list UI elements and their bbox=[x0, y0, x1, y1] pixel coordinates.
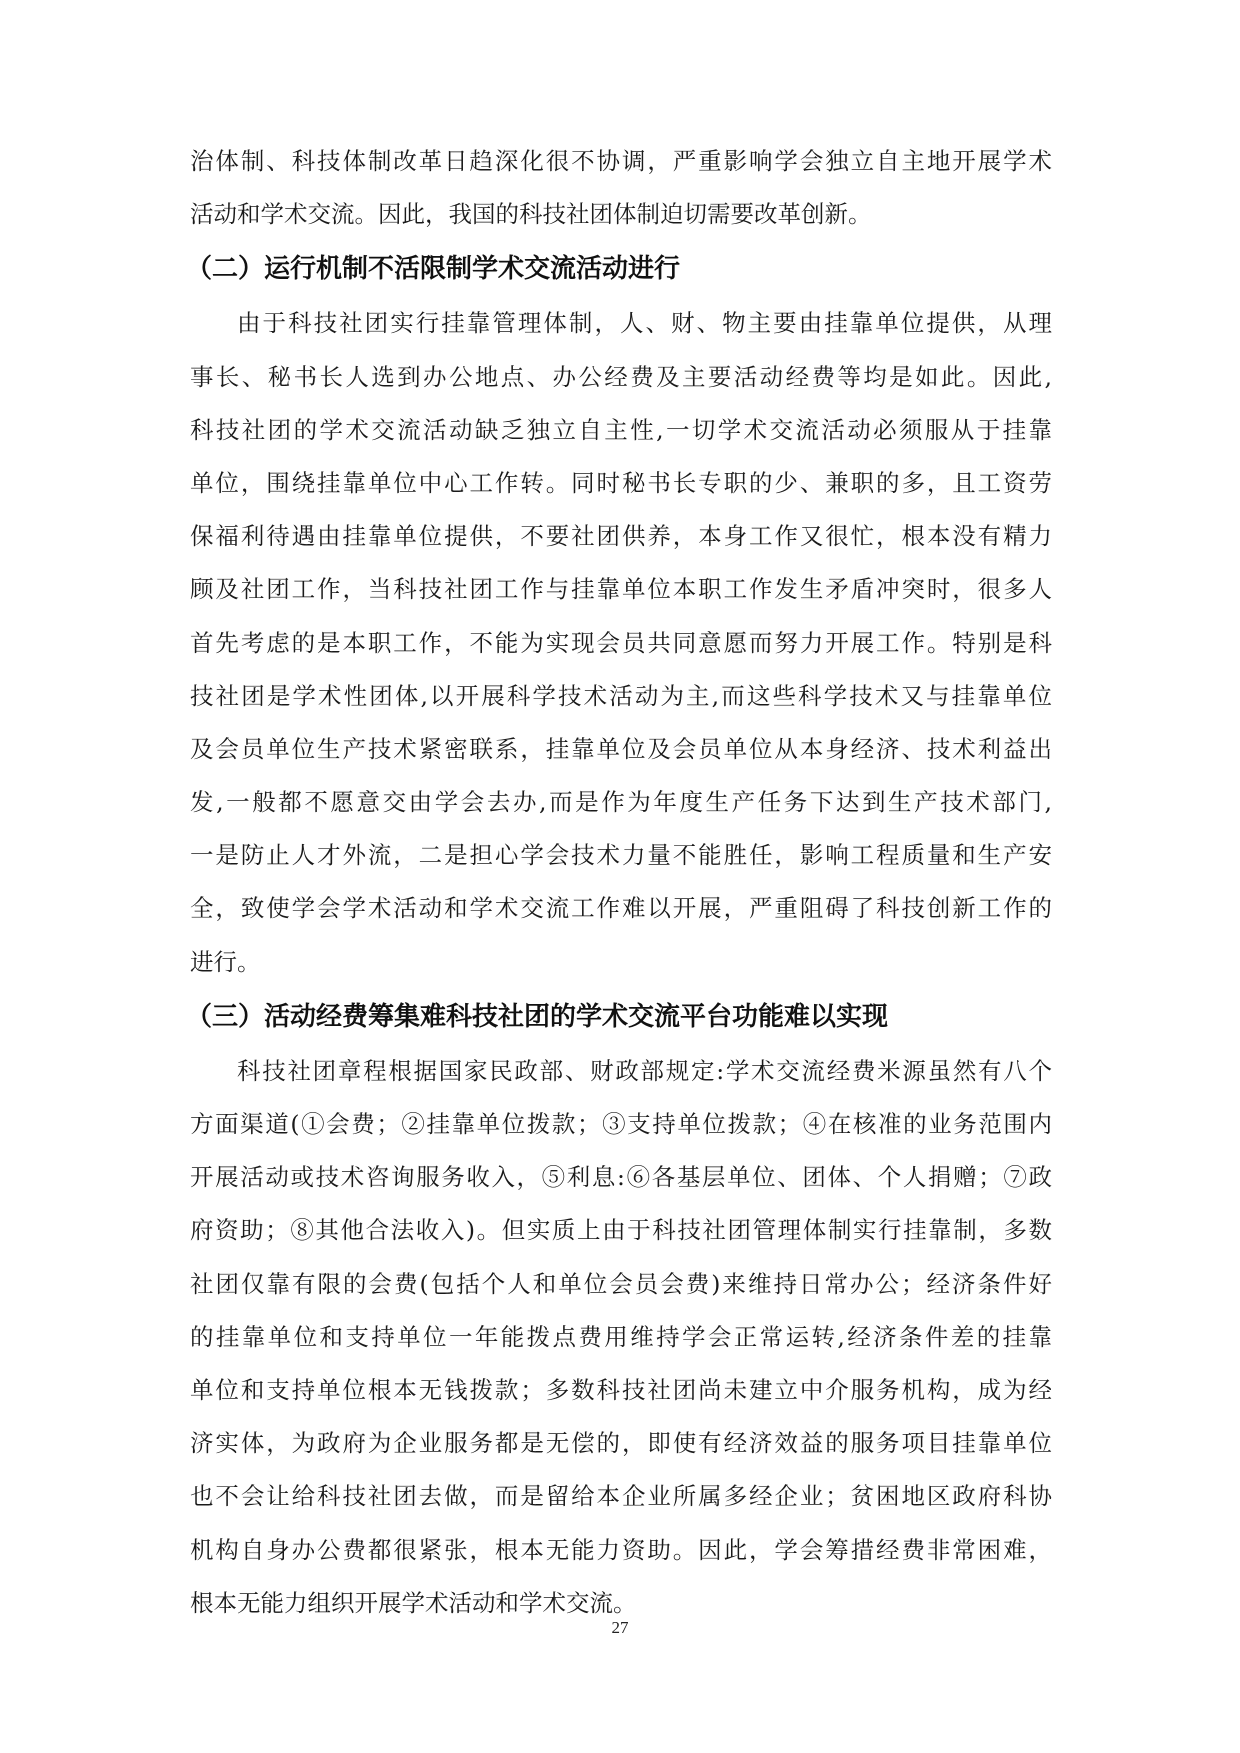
text-line: 机构自身办公费都很紧张，根本无能力资助。因此，学会筹措经费非常困难， bbox=[190, 1524, 1052, 1577]
text-line: 单位和支持单位根本无钱拨款；多数科技社团尚未建立中介服务机构，成为经 bbox=[190, 1364, 1052, 1417]
text-line: 科技社团的学术交流活动缺乏独立自主性,一切学术交流活动必须服从于挂靠 bbox=[190, 404, 1052, 457]
text-line: 的挂靠单位和支持单位一年能拨点费用维持学会正常运转,经济条件差的挂靠 bbox=[190, 1311, 1052, 1364]
section-heading-3: （三）活动经费筹集难科技社团的学术交流平台功能难以实现 bbox=[186, 989, 1052, 1045]
text-line: 单位，围绕挂靠单位中心工作转。同时秘书长专职的少、兼职的多，且工资劳 bbox=[190, 457, 1052, 510]
text-line: 全，致使学会学术活动和学术交流工作难以开展，严重阻碍了科技创新工作的 bbox=[190, 882, 1052, 935]
text-line: 治体制、科技体制改革日趋深化很不协调，严重影响学会独立自主地开展学术 bbox=[190, 135, 1052, 188]
text-line: 及会员单位生产技术紧密联系，挂靠单位及会员单位从本身经济、技术利益出 bbox=[190, 723, 1052, 776]
page-number: 27 bbox=[0, 1618, 1240, 1638]
text-line: 发,一般都不愿意交由学会去办,而是作为年度生产任务下达到生产技术部门, bbox=[190, 776, 1052, 829]
text-line: 活动和学术交流。因此，我国的科技社团体制迫切需要改革创新。 bbox=[190, 188, 1052, 241]
text-line: 也不会让给科技社团去做，而是留给本企业所属多经企业；贫困地区政府科协 bbox=[190, 1470, 1052, 1523]
document-page: 治体制、科技体制改革日趋深化很不协调，严重影响学会独立自主地开展学术 活动和学术… bbox=[190, 135, 1052, 1630]
text-line: 保福利待遇由挂靠单位提供，不要社团供养，本身工作又很忙，根本没有精力 bbox=[190, 510, 1052, 563]
text-line: 府资助；⑧其他合法收入)。但实质上由于科技社团管理体制实行挂靠制，多数 bbox=[190, 1204, 1052, 1257]
text-line: 开展活动或技术咨询服务收入，⑤利息:⑥各基层单位、团体、个人捐赠；⑦政 bbox=[190, 1151, 1052, 1204]
paragraph-operating-mechanism: 由于科技社团实行挂靠管理体制，人、财、物主要由挂靠单位提供，从理 事长、秘书长人… bbox=[190, 297, 1052, 988]
paragraph-funding: 科技社团章程根据国家民政部、财政部规定:学术交流经费米源虽然有八个 方面渠道(①… bbox=[190, 1045, 1052, 1630]
text-line: 科技社团章程根据国家民政部、财政部规定:学术交流经费米源虽然有八个 bbox=[190, 1045, 1052, 1098]
text-line: 由于科技社团实行挂靠管理体制，人、财、物主要由挂靠单位提供，从理 bbox=[190, 297, 1052, 350]
text-line: 方面渠道(①会费；②挂靠单位拨款；③支持单位拨款；④在核准的业务范围内 bbox=[190, 1098, 1052, 1151]
text-line: 进行。 bbox=[190, 936, 1052, 989]
text-line: 首先考虑的是本职工作，不能为实现会员共同意愿而努力开展工作。特别是科 bbox=[190, 617, 1052, 670]
text-line: 技社团是学术性团体,以开展科学技术活动为主,而这些科学技术又与挂靠单位 bbox=[190, 670, 1052, 723]
text-line: 事长、秘书长人选到办公地点、办公经费及主要活动经费等均是如此。因此, bbox=[190, 351, 1052, 404]
text-line: 社团仅靠有限的会费(包括个人和单位会员会费)来维持日常办公；经济条件好 bbox=[190, 1258, 1052, 1311]
text-line: 一是防止人才外流，二是担心学会技术力量不能胜任，影响工程质量和生产安 bbox=[190, 829, 1052, 882]
text-line: 顾及社团工作，当科技社团工作与挂靠单位本职工作发生矛盾冲突时，很多人 bbox=[190, 563, 1052, 616]
text-line: 济实体，为政府为企业服务都是无偿的，即使有经济效益的服务项目挂靠单位 bbox=[190, 1417, 1052, 1470]
section-heading-2: （二）运行机制不活限制学术交流活动进行 bbox=[186, 241, 1052, 297]
paragraph-continuation: 治体制、科技体制改革日趋深化很不协调，严重影响学会独立自主地开展学术 活动和学术… bbox=[190, 135, 1052, 241]
